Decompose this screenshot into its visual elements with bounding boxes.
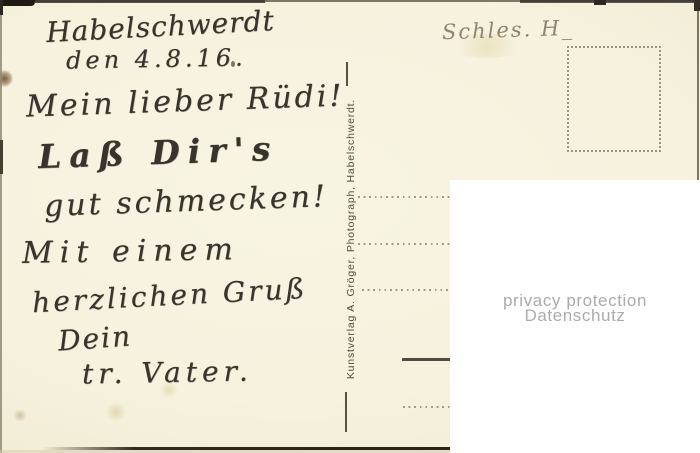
handwriting-line: Mit einem xyxy=(22,232,240,271)
handwriting-line-date: den 4.8.16. xyxy=(66,43,247,74)
handwriting-line: Laß Dir's xyxy=(37,129,279,176)
handwriting-line-closing: Dein xyxy=(57,319,133,357)
card-edge-notch xyxy=(594,0,606,5)
handwriting-line-signature: tr. Vater. xyxy=(82,355,253,391)
imprint-divider-top xyxy=(346,62,348,86)
handwriting-line: gut schmecken! xyxy=(43,179,328,224)
stamp-box xyxy=(567,46,661,152)
imprint-divider-bottom xyxy=(345,392,347,432)
card-edge-top-dark xyxy=(35,0,265,3)
card-edge-top-dark xyxy=(520,0,700,3)
card-edge-right xyxy=(697,0,699,185)
privacy-overlay: privacy protection Datenschutz xyxy=(450,180,700,453)
card-edge-left xyxy=(0,0,2,453)
handwriting-line: herzlichen Gruß xyxy=(31,272,308,319)
postcard-back-scan: Habelschwerdt den 4.8.16. Mein lieber Rü… xyxy=(0,0,700,453)
card-edge-left-dark xyxy=(0,140,3,174)
paper-stain xyxy=(0,70,13,87)
handwriting-line-salutation: Mein lieber Rüdi! xyxy=(25,78,344,124)
pencil-note: Schles. H_ xyxy=(442,16,575,45)
card-corner-top-right xyxy=(694,0,700,11)
paper-stain xyxy=(104,403,128,421)
card-edge-top-dark xyxy=(0,0,35,6)
handwriting-line-place: Habelschwerdt xyxy=(45,4,275,49)
privacy-overlay-text-de: Datenschutz xyxy=(524,308,625,323)
publisher-imprint: Kunstverlag A. Gröger, Photograph, Habel… xyxy=(345,89,361,389)
paper-stain xyxy=(12,410,28,421)
card-edge-left-dark xyxy=(0,0,3,15)
card-edge-top xyxy=(0,0,700,2)
